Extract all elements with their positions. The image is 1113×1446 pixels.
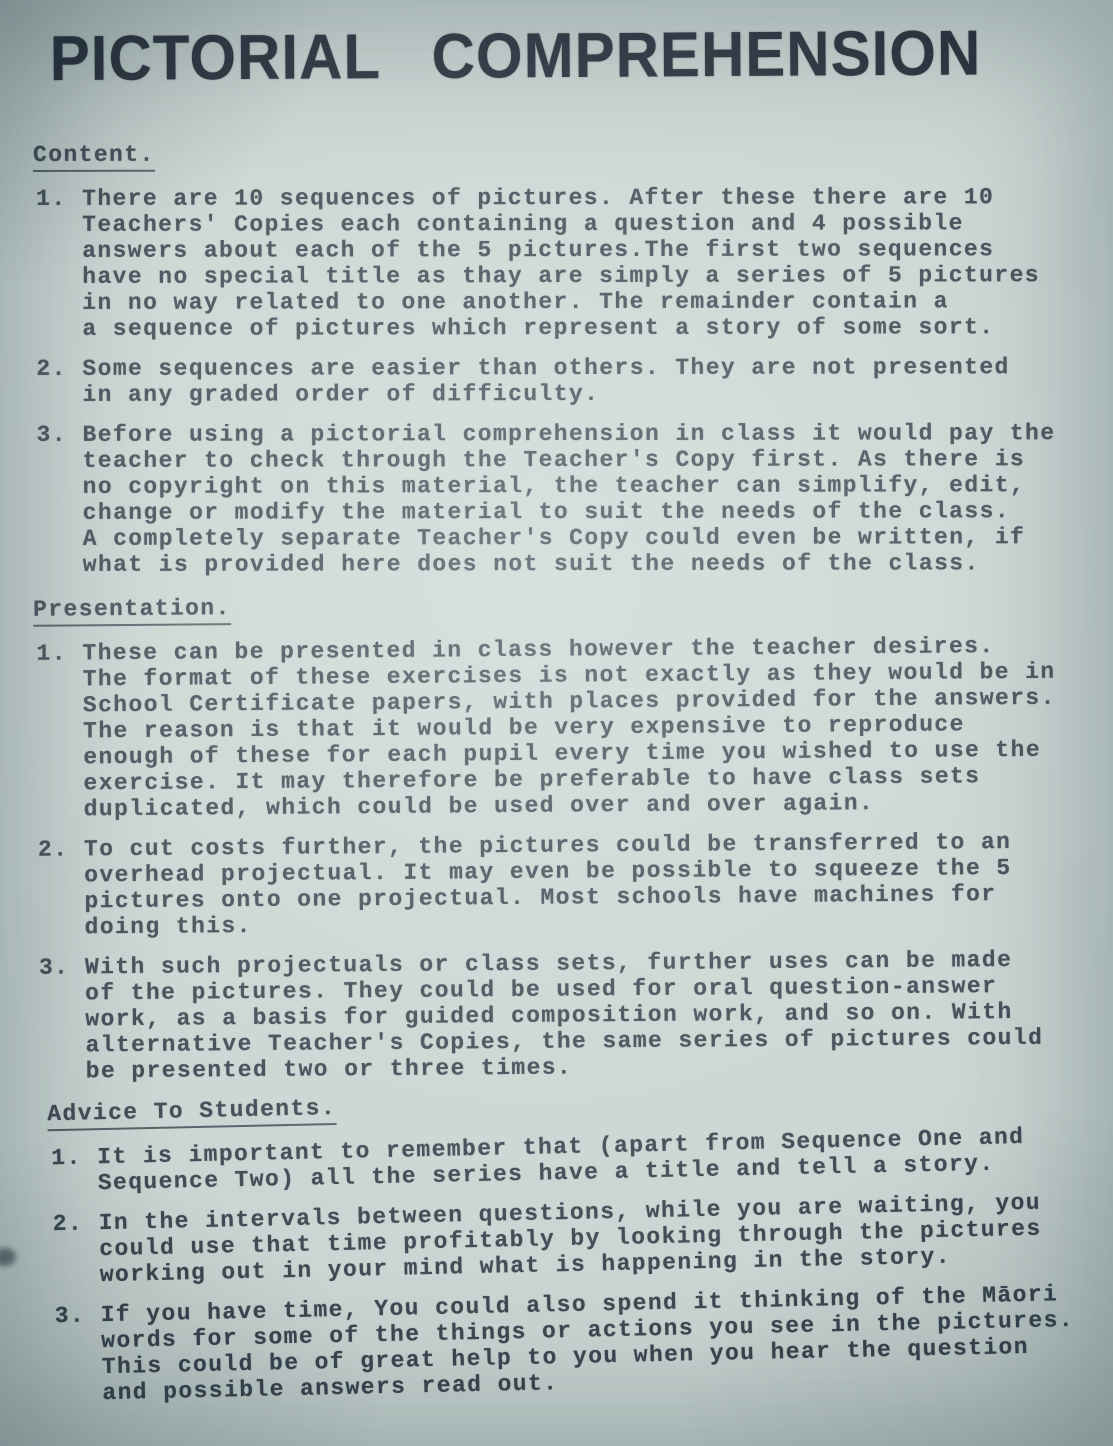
- item-number: 2.: [52, 1210, 100, 1289]
- numbered-item: 1. These can be presented in class howev…: [36, 632, 1113, 822]
- section-presentation: Presentation. 1. These can be presented …: [0, 587, 1113, 1085]
- item-text: These can be presented in class however …: [82, 633, 1056, 823]
- item-number: 2.: [36, 356, 82, 408]
- item-number: 1.: [51, 1144, 98, 1197]
- numbered-item: 1. There are 10 sequences of pictures. A…: [36, 184, 1113, 342]
- item-number: 2.: [38, 836, 85, 940]
- numbered-item: 2. To cut costs further, the pictures co…: [38, 828, 1113, 940]
- section-heading: Advice To Students.: [47, 1094, 336, 1131]
- item-text: It is important to remember that (apart …: [97, 1124, 1025, 1196]
- numbered-item: 2. In the intervals between questions, w…: [52, 1188, 1113, 1289]
- item-text: Before using a pictorial comprehension i…: [82, 420, 1055, 578]
- numbered-item: 3. If you have time, You could also spen…: [54, 1280, 1113, 1407]
- numbered-item: 2. Some sequences are easier than others…: [36, 354, 1113, 408]
- section-heading: Content.: [33, 141, 155, 172]
- section-content: Content. 1. There are 10 sequences of pi…: [0, 139, 1113, 578]
- numbered-item: 3. Before using a pictorial comprehensio…: [36, 420, 1113, 578]
- numbered-item: 1. It is important to remember that (apa…: [51, 1122, 1113, 1197]
- item-number: 1.: [36, 640, 83, 822]
- item-text: In the intervals between questions, whil…: [98, 1190, 1042, 1289]
- item-number: 1.: [36, 186, 82, 342]
- page-edge-smudge: [0, 1248, 16, 1266]
- item-text: With such projectuals or class sets, fur…: [85, 947, 1044, 1085]
- item-number: 3.: [54, 1302, 102, 1407]
- item-text: If you have time, You could also spend i…: [100, 1281, 1075, 1406]
- numbered-item: 3. With such projectuals or class sets, …: [39, 946, 1113, 1084]
- item-text: There are 10 sequences of pictures. Afte…: [82, 184, 1040, 342]
- item-text: To cut costs further, the pictures could…: [84, 829, 1012, 940]
- section-advice-to-students: Advice To Students. 1. It is important t…: [14, 1077, 1113, 1408]
- page-title: PICTORIAL COMPREHENSION: [50, 16, 982, 95]
- item-text: Some sequences are easier than others. T…: [82, 354, 1009, 408]
- section-heading: Presentation.: [33, 594, 231, 627]
- scanned-page: PICTORIAL COMPREHENSION Content. 1. Ther…: [0, 0, 1113, 1446]
- item-number: 3.: [36, 422, 82, 578]
- item-number: 3.: [39, 954, 86, 1084]
